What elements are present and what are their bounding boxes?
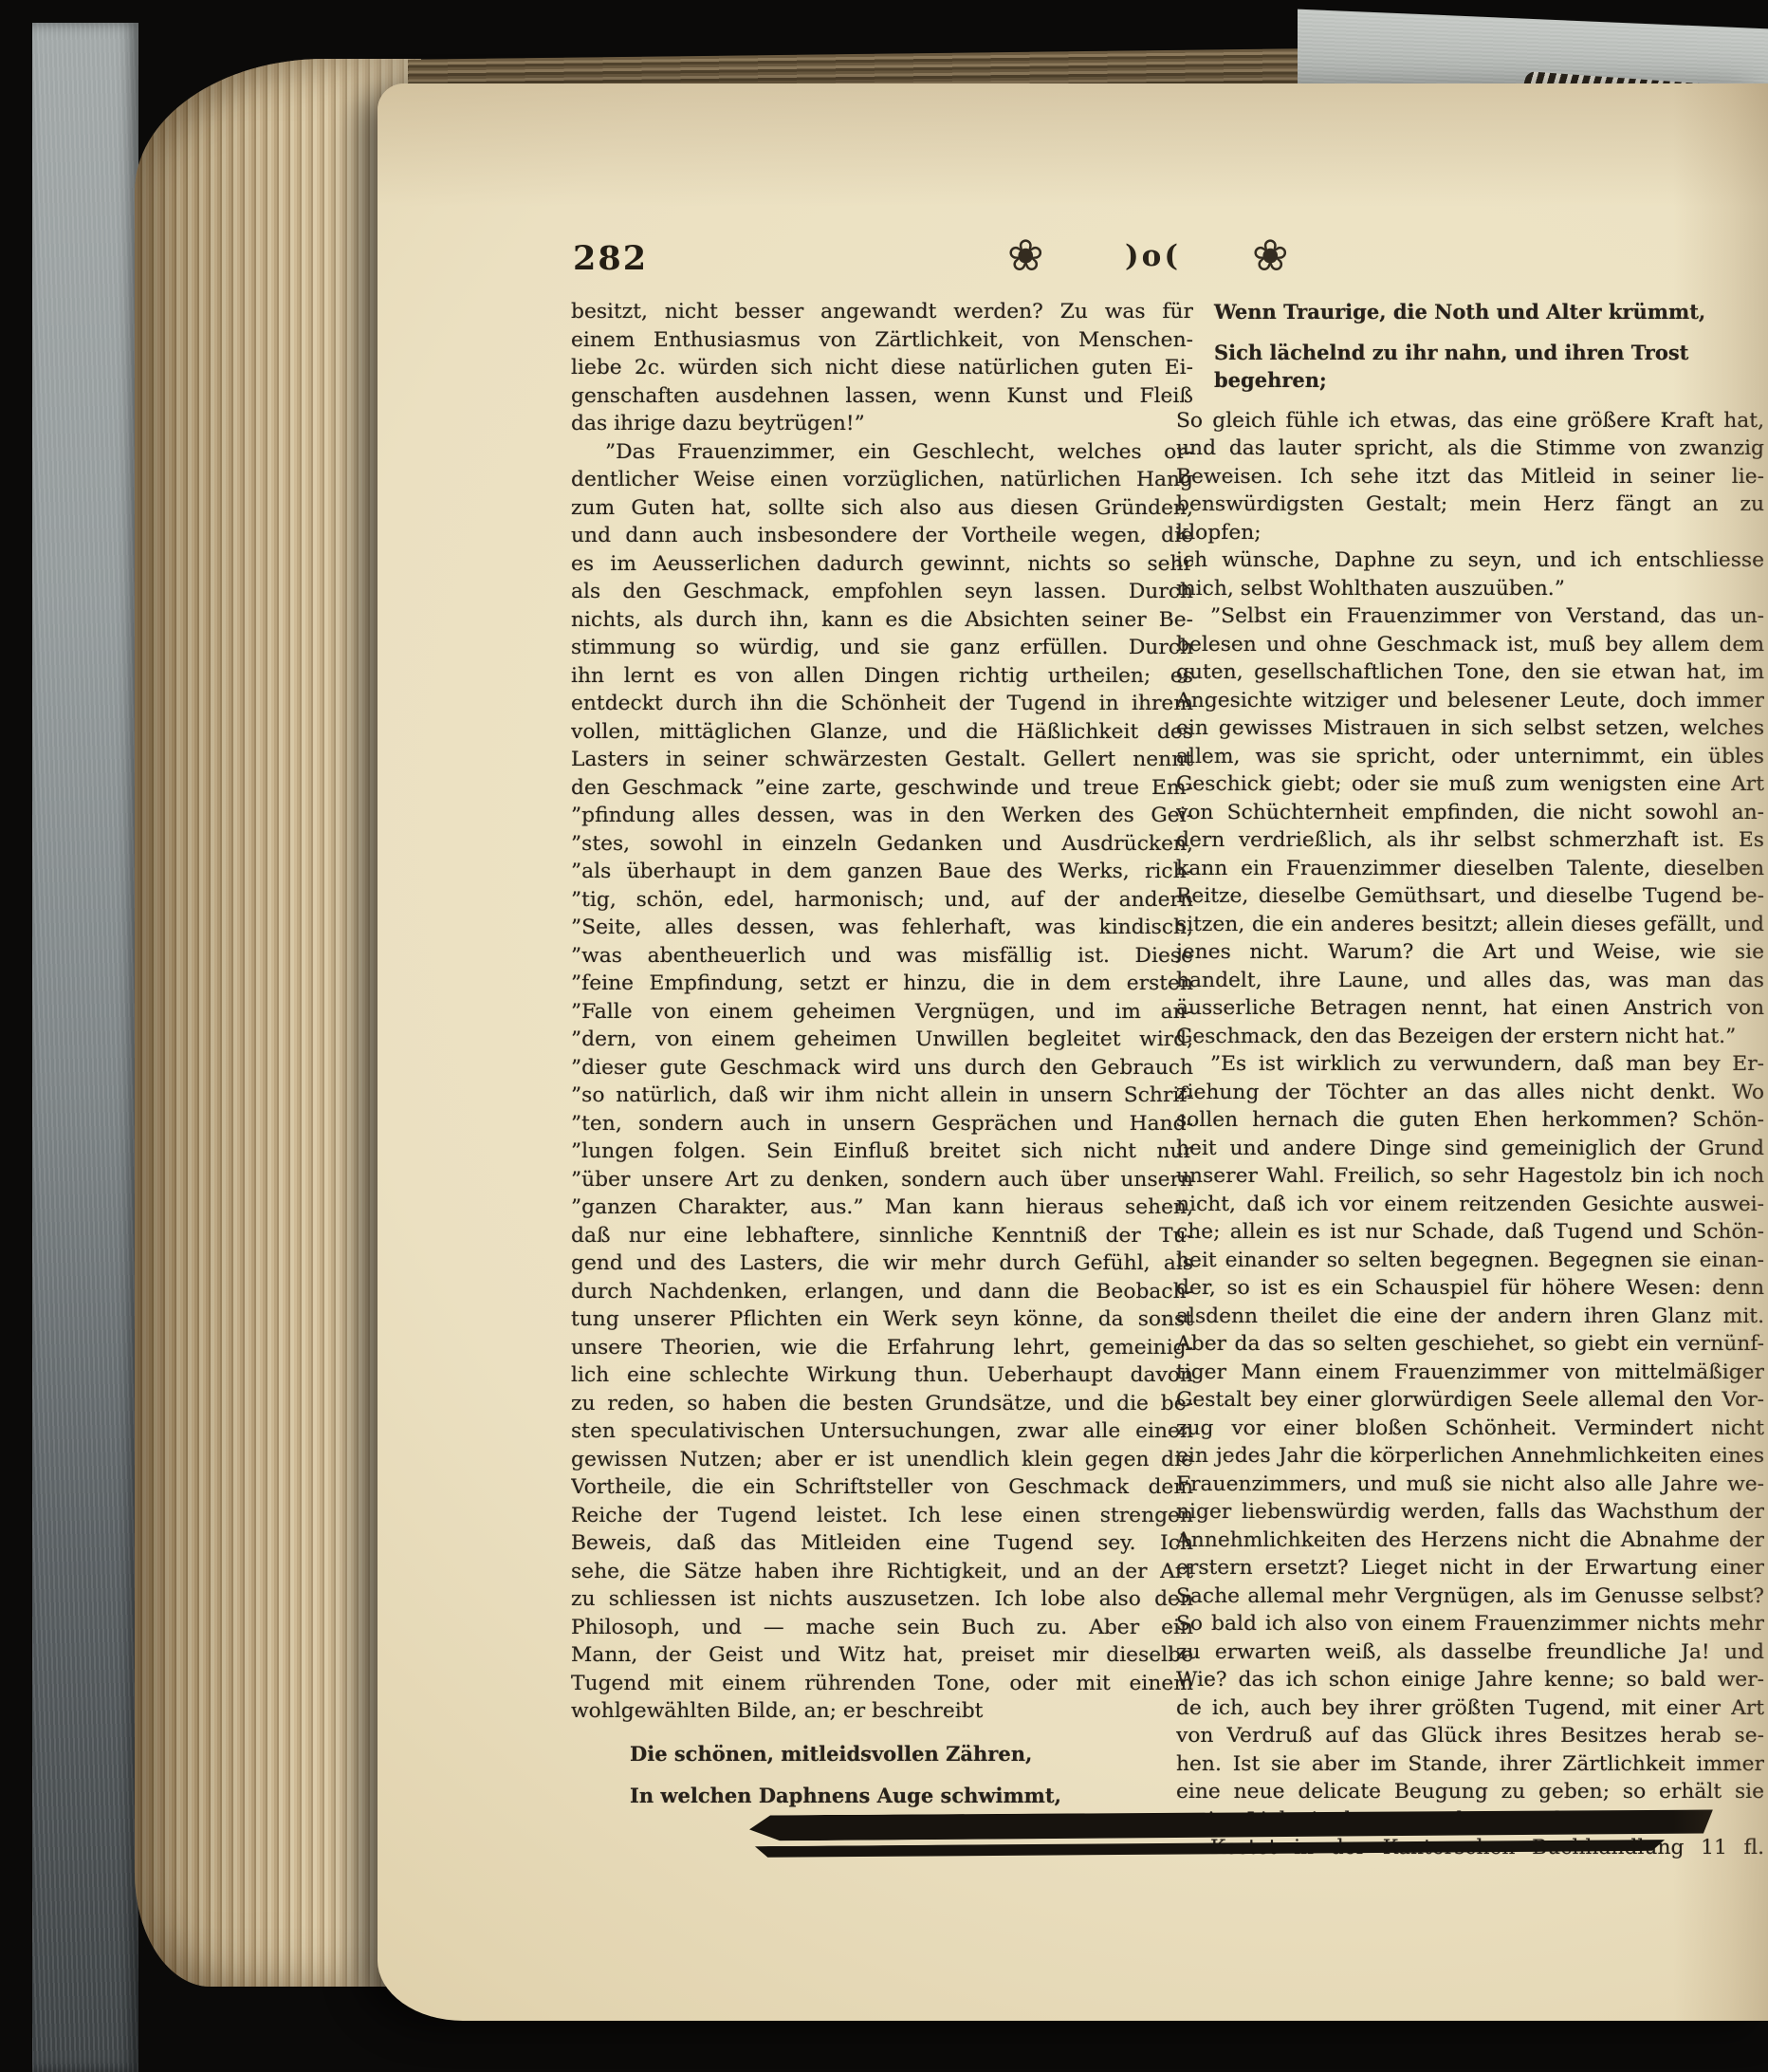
text-line: Beweis, daß das Mitleiden eine Tugend se… [571, 1529, 1193, 1558]
text-line: entdeckt durch ihn die Schönheit der Tug… [571, 690, 1193, 718]
text-line: es im Aeusserlichen dadurch gewinnt, nic… [571, 550, 1193, 579]
text-line: ”lungen folgen. Sein Einfluß breitet sic… [571, 1138, 1193, 1166]
text-line: zum Guten hat, sollte sich also aus dies… [571, 494, 1193, 523]
text-line: Mann, der Geist und Witz hat, preiset mi… [571, 1641, 1193, 1670]
text-line: und dann auch insbesondere der Vortheile… [571, 522, 1193, 550]
book-cover-edge [32, 23, 138, 2072]
text-line: lich eine schlechte Wirkung thun. Ueberh… [571, 1361, 1193, 1390]
text-line: ziehung der Töchter an das alles nicht d… [1176, 1079, 1764, 1107]
text-line: ”feine Empfindung, setzt er hinzu, die i… [571, 970, 1193, 998]
text-line: äusserliche Betragen nennt, hat einen An… [1176, 994, 1764, 1023]
text-line: tung unserer Pflichten ein Werk seyn kön… [571, 1305, 1193, 1334]
text-line: nicht, daß ich vor einem reitzenden Gesi… [1176, 1191, 1764, 1219]
text-line: benswürdigsten Gestalt; mein Herz fängt … [1176, 490, 1764, 546]
text-line: von Verdruß auf das Glück ihres Besitzes… [1176, 1722, 1764, 1750]
text-line: daß nur eine lebhaftere, sinnliche Kennt… [571, 1222, 1193, 1250]
header-center-mark: )o( [1125, 239, 1181, 273]
text-line: jenes nicht. Warum? die Art und Weise, w… [1176, 938, 1764, 967]
printers-rule-thick-bar [749, 1808, 1713, 1841]
text-line: ”pfindung alles dessen, was in den Werke… [571, 802, 1193, 830]
text-line: gewissen Nutzen; aber er ist unendlich k… [571, 1446, 1193, 1474]
text-line: Annehmlichkeiten des Herzens nicht die A… [1176, 1526, 1764, 1555]
text-line: Vortheile, die ein Schriftsteller von Ge… [571, 1473, 1193, 1502]
text-line: ein gewisses Mistrauen in sich selbst se… [1176, 714, 1764, 743]
text-line: sehe, die Sätze haben ihre Richtigkeit, … [571, 1558, 1193, 1586]
text-line: Frauenzimmers, und muß sie nicht also al… [1176, 1471, 1764, 1499]
text-line: und das lauter spricht, als die Stimme v… [1176, 435, 1764, 463]
text-line: ihn lernt es von allen Dingen richtig ur… [571, 662, 1193, 691]
text-line: ”stes, sowohl in einzeln Gedanken und Au… [571, 830, 1193, 859]
text-line: Reitze, dieselbe Gemüthsart, und dieselb… [1176, 882, 1764, 911]
text-line: ”Falle von einem geheimen Vergnügen, und… [571, 998, 1193, 1027]
text-line: Lasters in seiner schwärzesten Gestalt. … [571, 746, 1193, 774]
text-line: zu schliessen ist nichts auszusetzen. Ic… [571, 1585, 1193, 1614]
text-line: Beweisen. Ich sehe itzt das Mitleid in s… [1176, 463, 1764, 491]
text-line: ich wünsche, Daphne zu seyn, und ich ent… [1176, 546, 1764, 575]
text-line: eine neue delicate Beugung zu geben; so … [1176, 1778, 1764, 1806]
text-line: Gestalt bey einer glorwürdigen Seele all… [1176, 1386, 1764, 1415]
text-line: ”Das Frauenzimmer, ein Geschlecht, welch… [571, 438, 1193, 467]
text-line: einem Enthusiasmus von Zärtlichkeit, von… [571, 326, 1193, 355]
text-line: ”ganzen Charakter, aus.” Man kann hierau… [571, 1193, 1193, 1222]
text-line: Sich lächelnd zu ihr nahn, und ihren Tro… [1176, 339, 1764, 395]
text-line: Aber da das so selten geschiehet, so gie… [1176, 1330, 1764, 1359]
text-line: Wenn Traurige, die Noth und Alter krümmt… [1176, 298, 1764, 326]
book-page: 282 ❀ )o( ❀ besitzt, nicht besser angewa… [378, 83, 1768, 2021]
text-line: belesen und ohne Geschmack ist, muß bey … [1176, 631, 1764, 659]
text-line: heit einander so selten begegnen. Begegn… [1176, 1247, 1764, 1275]
printers-rule-thin-bar [749, 1839, 1665, 1859]
text-line: kann ein Frauenzimmer dieselben Talente,… [1176, 855, 1764, 883]
text-line: So bald ich also von einem Frauenzimmer … [1176, 1610, 1764, 1638]
text-line: ”tig, schön, edel, harmonisch; und, auf … [571, 886, 1193, 915]
text-line: de ich, auch bey ihrer größten Tugend, m… [1176, 1694, 1764, 1723]
text-line: ”Seite, alles dessen, was fehlerhaft, wa… [571, 914, 1193, 942]
text-line: erstern ersetzt? Lieget nicht in der Erw… [1176, 1554, 1764, 1582]
text-line: unserer Wahl. Freilich, so sehr Hagestol… [1176, 1162, 1764, 1191]
text-line: heit und andere Dinge sind gemeiniglich … [1176, 1135, 1764, 1163]
text-line: sten speculativischen Untersuchungen, zw… [571, 1417, 1193, 1446]
text-line: So gleich fühle ich etwas, das eine größ… [1176, 407, 1764, 435]
text-line: stimmung so würdig, und sie ganz erfülle… [571, 634, 1193, 662]
text-line: niger liebenswürdig werden, falls das Wa… [1176, 1498, 1764, 1526]
shell-fleuron-icon: ❀ [1252, 233, 1289, 277]
text-line: nichts, als durch ihn, kann es die Absic… [571, 606, 1193, 635]
text-line: durch Nachdenken, erlangen, und dann die… [571, 1278, 1193, 1306]
text-line: ein jedes Jahr die körperlichen Annehmli… [1176, 1442, 1764, 1471]
text-line: der, so ist es ein Schauspiel für höhere… [1176, 1274, 1764, 1303]
text-line: alsdenn theilet die eine der andern ihre… [1176, 1303, 1764, 1331]
text-line: Die schönen, mitleidsvollen Zähren, [571, 1740, 1193, 1768]
text-line: dern verdrießlich, als ihr selbst schmer… [1176, 826, 1764, 855]
text-line: sollen hernach die guten Ehen herkommen?… [1176, 1106, 1764, 1135]
text-line: In welchen Daphnens Auge schwimmt, [571, 1782, 1193, 1810]
text-line: von Schüchternheit empfinden, die nicht … [1176, 799, 1764, 827]
text-line: Angesichte witziger und belesener Leute,… [1176, 687, 1764, 715]
text-line: Reiche der Tugend leistet. Ich lese eine… [571, 1502, 1193, 1530]
text-line: ”über unsere Art zu denken, sondern auch… [571, 1166, 1193, 1194]
text-line: ”was abentheuerlich und was misfällig is… [571, 942, 1193, 971]
text-line: ”ten, sondern auch in unsern Gesprächen … [571, 1110, 1193, 1138]
text-column-right: Wenn Traurige, die Noth und Alter krümmt… [1176, 298, 1764, 1862]
text-line: ”so natürlich, daß wir ihm nicht allein … [571, 1082, 1193, 1110]
text-line: hen. Ist sie aber im Stande, ihrer Zärtl… [1176, 1750, 1764, 1779]
text-line: Geschick giebt; oder sie muß zum wenigst… [1176, 770, 1764, 799]
text-line: handelt, ihre Laune, und alles das, was … [1176, 967, 1764, 995]
text-line: dentlicher Weise einen vorzüglichen, nat… [571, 466, 1193, 494]
text-line: zu erwarten weiß, als dasselbe freundlic… [1176, 1638, 1764, 1667]
text-line: ”dern, von einem geheimen Unwillen begle… [571, 1026, 1193, 1054]
text-line: ”Selbst ein Frauenzimmer von Verstand, d… [1176, 602, 1764, 631]
text-line: ”als überhaupt in dem ganzen Baue des We… [571, 858, 1193, 886]
text-line: genschaften ausdehnen lassen, wenn Kunst… [571, 382, 1193, 411]
text-line: Philosoph, und — mache sein Buch zu. Abe… [571, 1614, 1193, 1642]
text-line: allem, was sie spricht, oder unternimmt,… [1176, 743, 1764, 771]
text-line: wohlgewählten Bilde, an; er beschreibt [571, 1697, 1193, 1726]
text-line: Geschmack, den das Bezeigen der erstern … [1176, 1023, 1764, 1051]
text-line: ”Es ist wirklich zu verwundern, daß man … [1176, 1050, 1764, 1079]
text-line: unsere Theorien, wie die Erfahrung lehrt… [571, 1334, 1193, 1362]
text-line: ”dieser gute Geschmack wird uns durch de… [571, 1054, 1193, 1082]
text-line: gend und des Lasters, die wir mehr durch… [571, 1249, 1193, 1278]
text-line: besitzt, nicht besser angewandt werden? … [571, 298, 1193, 326]
text-line: tiger Mann einem Frauenzimmer von mittel… [1176, 1359, 1764, 1387]
text-line: guten, gesellschaftlichen Tone, den sie … [1176, 658, 1764, 687]
text-line: mich, selbst Wohlthaten auszuüben.” [1176, 575, 1764, 603]
text-line: che; allein es ist nur Schade, daß Tugen… [1176, 1218, 1764, 1247]
shell-fleuron-icon: ❀ [1007, 233, 1044, 277]
text-line: Sache allemal mehr Vergnügen, als im Gen… [1176, 1582, 1764, 1611]
text-line: zu reden, so haben die besten Grundsätze… [571, 1390, 1193, 1418]
text-line: Wie? das ich schon einige Jahre kenne; s… [1176, 1666, 1764, 1694]
text-line: liebe 2c. würden sich nicht diese natürl… [571, 354, 1193, 382]
text-line: zug vor einer bloßen Schönheit. Verminde… [1176, 1415, 1764, 1443]
printers-rule [749, 1812, 1713, 1861]
text-line: Tugend mit einem rührenden Tone, oder mi… [571, 1670, 1193, 1698]
text-column-left: besitzt, nicht besser angewandt werden? … [571, 298, 1193, 1810]
text-line: sitzen, die ein anderes besitzt; allein … [1176, 911, 1764, 939]
text-line: als den Geschmack, empfohlen seyn lassen… [571, 578, 1193, 606]
book-scan-photo: 282 ❀ )o( ❀ besitzt, nicht besser angewa… [0, 0, 1768, 2072]
page-number: 282 [573, 239, 648, 278]
text-line: vollen, mittäglichen Glanze, und die Häß… [571, 718, 1193, 747]
text-line: den Geschmack ”eine zarte, geschwinde un… [571, 774, 1193, 803]
text-line: das ihrige dazu beytrügen!” [571, 410, 1193, 438]
